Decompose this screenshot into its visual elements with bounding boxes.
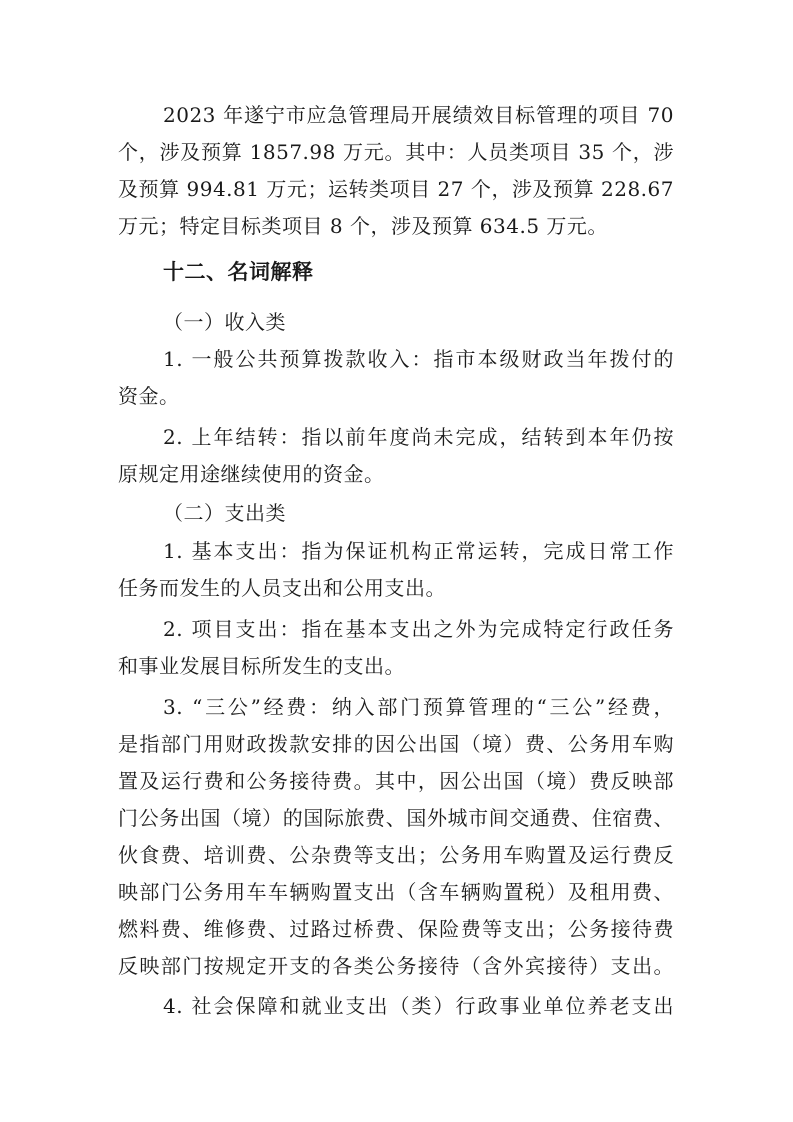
income-item-2-line-2: 原规定用途继续使用的资金。 — [118, 459, 674, 489]
subheading-expenditure: （二）支出类 — [163, 498, 674, 528]
expenditure-item-3-line-4: 门公务出国（境）的国际旅费、国外城市间交通费、住宿费、 — [118, 803, 674, 833]
income-item-1-line-1: 1. 一般公共预算拨款收入：指市本级财政当年拨付的 — [163, 344, 674, 374]
expenditure-item-4-line-1: 4. 社会保障和就业支出（类）行政事业单位养老支出 — [163, 991, 674, 1021]
expenditure-item-3-line-2: 是指部门用财政拨款安排的因公出国（境）费、公务用车购 — [118, 729, 674, 759]
subheading-income: （一）收入类 — [163, 307, 674, 337]
expenditure-item-3-line-1: 3. “三公”经费：纳入部门预算管理的“三公”经费， — [163, 692, 674, 722]
paragraph-performance-line-3: 及预算 994.81 万元；运转类项目 27 个，涉及预算 228.67 — [118, 174, 674, 204]
paragraph-performance-line-4: 万元；特定目标类项目 8 个，涉及预算 634.5 万元。 — [118, 211, 674, 241]
section-heading-glossary: 十二、名词解释 — [163, 257, 674, 287]
expenditure-item-2-line-1: 2. 项目支出：指在基本支出之外为完成特定行政任务 — [163, 614, 674, 644]
expenditure-item-1-line-1: 1. 基本支出：指为保证机构正常运转，完成日常工作 — [163, 536, 674, 566]
expenditure-item-3-line-8: 反映部门按规定开支的各类公务接待（含外宾接待）支出。 — [118, 951, 674, 981]
expenditure-item-3-line-3: 置及运行费和公务接待费。其中，因公出国（境）费反映部 — [118, 766, 674, 796]
expenditure-item-3-line-7: 燃料费、维修费、过路过桥费、保险费等支出；公务接待费 — [118, 914, 674, 944]
expenditure-item-3-line-6: 映部门公务用车车辆购置支出（含车辆购置税）及租用费、 — [118, 877, 674, 907]
expenditure-item-2-line-2: 和事业发展目标所发生的支出。 — [118, 651, 674, 681]
paragraph-performance-line-2: 个，涉及预算 1857.98 万元。其中：人员类项目 35 个，涉 — [118, 137, 674, 167]
paragraph-performance-line-1: 2023 年遂宁市应急管理局开展绩效目标管理的项目 70 — [163, 100, 674, 130]
income-item-2-line-1: 2. 上年结转：指以前年度尚未完成，结转到本年仍按 — [163, 422, 674, 452]
expenditure-item-1-line-2: 任务而发生的人员支出和公用支出。 — [118, 573, 674, 603]
income-item-1-line-2: 资金。 — [118, 381, 674, 411]
expenditure-item-3-line-5: 伙食费、培训费、公杂费等支出；公务用车购置及运行费反 — [118, 840, 674, 870]
